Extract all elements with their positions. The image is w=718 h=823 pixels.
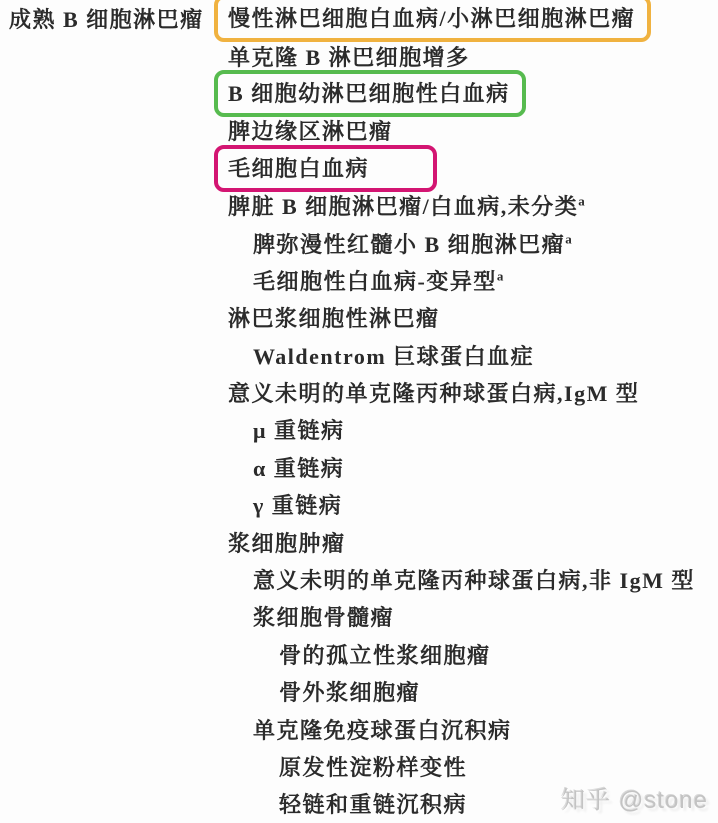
list-row: 脾弥漫性红髓小 B 细胞淋巴瘤a (0, 224, 718, 261)
list-item-text: μ 重链病 (253, 414, 344, 445)
highlight-box-green: B 细胞幼淋巴细胞性白血病 (214, 70, 526, 117)
list-item-text: 骨外浆细胞瘤 (279, 676, 420, 707)
list-row: 淋巴浆细胞性淋巴瘤 (0, 299, 718, 336)
list-row: 毛细胞白血病 (0, 150, 718, 187)
footnote-marker: a (565, 231, 572, 246)
highlight-box-orange: 慢性淋巴细胞白血病/小淋巴细胞淋巴瘤 (214, 0, 651, 42)
footnote-marker: a (497, 269, 504, 284)
list-item-text: 原发性淀粉样变性 (279, 751, 467, 782)
list-row: γ 重链病 (0, 486, 718, 523)
list-item-text: 毛细胞性白血病-变异型a (253, 265, 503, 296)
list-row: B 细胞幼淋巴细胞性白血病 (0, 75, 718, 112)
document-page: 成熟 B 细胞淋巴瘤慢性淋巴细胞白血病/小淋巴细胞淋巴瘤单克隆 B 淋巴细胞增多… (0, 0, 718, 823)
list-item-text: 意义未明的单克隆丙种球蛋白病,非 IgM 型 (253, 564, 695, 595)
list-row: 单克隆免疫球蛋白沉积病 (0, 710, 718, 747)
list-row: Waldentrom 巨球蛋白血症 (0, 337, 718, 374)
list-item-text: 单克隆免疫球蛋白沉积病 (253, 714, 512, 745)
classification-list: 成熟 B 细胞淋巴瘤慢性淋巴细胞白血病/小淋巴细胞淋巴瘤单克隆 B 淋巴细胞增多… (0, 0, 718, 823)
list-row: 浆细胞骨髓瘤 (0, 598, 718, 635)
list-item-text: 脾弥漫性红髓小 B 细胞淋巴瘤a (253, 228, 572, 259)
watermark: 知乎 @stone (561, 780, 708, 815)
list-item-text: 浆细胞肿瘤 (228, 527, 346, 558)
list-row: 毛细胞性白血病-变异型a (0, 262, 718, 299)
list-item-text: 轻链和重链沉积病 (279, 788, 467, 819)
list-row: 成熟 B 细胞淋巴瘤慢性淋巴细胞白血病/小淋巴细胞淋巴瘤 (0, 0, 718, 37)
list-item-text: 骨的孤立性浆细胞瘤 (279, 639, 491, 670)
list-row: μ 重链病 (0, 411, 718, 448)
list-item-text: 脾边缘区淋巴瘤 (228, 115, 393, 146)
footnote-marker: a (578, 194, 585, 209)
list-item-text: 浆细胞骨髓瘤 (253, 601, 394, 632)
highlight-box-pink: 毛细胞白血病 (214, 145, 437, 192)
list-item-text: 意义未明的单克隆丙种球蛋白病,IgM 型 (228, 377, 639, 408)
list-item-text: 淋巴浆细胞性淋巴瘤 (228, 302, 440, 333)
category-label: 成熟 B 细胞淋巴瘤 (9, 3, 204, 34)
list-row: 骨的孤立性浆细胞瘤 (0, 636, 718, 673)
list-item-text: 单克隆 B 淋巴细胞增多 (228, 41, 470, 72)
list-item-text: γ 重链病 (253, 489, 342, 520)
list-row: 脾边缘区淋巴瘤 (0, 112, 718, 149)
list-row: 脾脏 B 细胞淋巴瘤/白血病,未分类a (0, 187, 718, 224)
list-item-text: Waldentrom 巨球蛋白血症 (253, 340, 534, 371)
list-item-text: 脾脏 B 细胞淋巴瘤/白血病,未分类a (228, 190, 585, 221)
list-row: α 重链病 (0, 449, 718, 486)
list-row: 意义未明的单克隆丙种球蛋白病,IgM 型 (0, 374, 718, 411)
list-row: 浆细胞肿瘤 (0, 523, 718, 560)
list-item-text: α 重链病 (253, 452, 344, 483)
list-row: 意义未明的单克隆丙种球蛋白病,非 IgM 型 (0, 561, 718, 598)
list-row: 骨外浆细胞瘤 (0, 673, 718, 710)
